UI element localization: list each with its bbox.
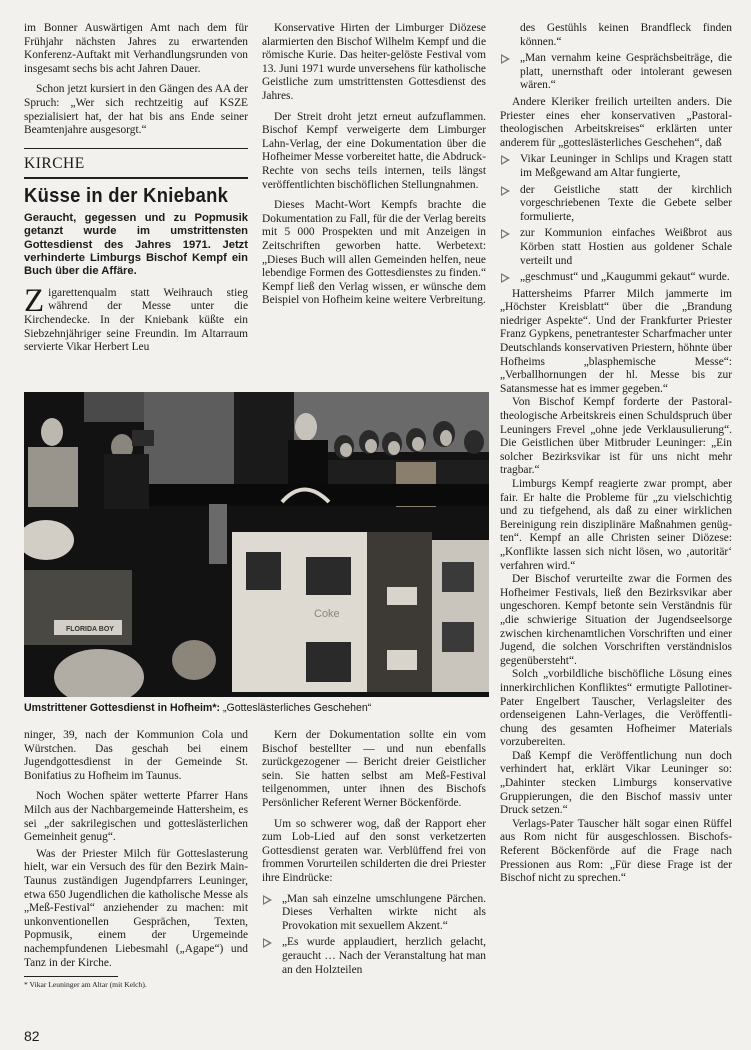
triangle-bullet-icon — [501, 54, 510, 64]
paragraph: Was der Priester Milch für Gottesla­ster… — [24, 848, 248, 970]
column-2-bottom: Kern der Dokumentation sollte ein vom Bi… — [262, 729, 486, 977]
triangle-bullet-icon — [263, 938, 272, 948]
drop-cap: Z — [24, 288, 44, 314]
paragraph: Um so schwerer wog, daß der Rap­port ehe… — [262, 818, 486, 886]
bullet-item: „Man vernahm keine Gesprächsbei­träge, d… — [500, 52, 732, 93]
section-label: KIRCHE — [24, 155, 248, 173]
triangle-bullet-icon — [501, 273, 510, 283]
section-divider — [24, 177, 248, 179]
paragraph: Daß Kempf die Veröffentlichung nun doch … — [500, 750, 732, 818]
paragraph: Der Streit droht jetzt erneut aufzu­flam… — [262, 111, 486, 193]
paragraph: Dieses Macht-Wort Kempfs brachte die Dok… — [262, 199, 486, 308]
article-photo: Coke FLORIDA BOY — [24, 392, 489, 697]
triangle-bullet-icon — [501, 229, 510, 239]
column-2-top: Konservative Hirten der Limburger Diözes… — [262, 22, 486, 308]
section-divider — [24, 148, 248, 150]
paragraph: im Bonner Auswärtigen Amt nach dem für F… — [24, 22, 248, 76]
triangle-bullet-icon — [501, 155, 510, 165]
page-number: 82 — [24, 1028, 40, 1044]
first-paragraph: Zigarettenqualm statt Weihrauch stieg wä… — [24, 287, 248, 355]
bullet-item: Vikar Leuninger in Schlips und Kragen st… — [500, 153, 732, 180]
crate-label: FLORIDA BOY — [66, 626, 114, 633]
photo-caption: Umstrittener Gottesdienst in Hofheim*: „… — [24, 702, 494, 715]
paragraph: Kern der Dokumentation sollte ein vom Bi… — [262, 729, 486, 811]
bullet-item: „Es wurde applaudiert, herzlich ge­lacht… — [262, 936, 486, 977]
paragraph: Hattersheims Pfarrer Milch jammerte im „… — [500, 288, 732, 397]
paragraph: Noch Wochen später wetterte Pfarrer Hans… — [24, 790, 248, 844]
paragraph: Verlags-Pater Tauscher hält sogar einen … — [500, 818, 732, 886]
paragraph: Der Bischof verurteilte zwar die For­men… — [500, 573, 732, 668]
triangle-bullet-icon — [263, 895, 272, 905]
column-1-top: im Bonner Auswärtigen Amt nach dem für F… — [24, 22, 248, 355]
paragraph: Schon jetzt kursiert in den Gängen des A… — [24, 83, 248, 137]
bullet-item: „Man sah einzelne umschlungene Pärchen. … — [262, 893, 486, 934]
crate-label: Coke — [314, 608, 340, 620]
footnote-divider — [24, 976, 118, 977]
paragraph: Limburgs Kempf reagierte zwar prompt, ab… — [500, 478, 732, 573]
footnote: * Vikar Leuninger am Altar (mit Kelch). — [24, 980, 248, 990]
bullet-item: der Geistliche statt der kirchlich vorge… — [500, 184, 732, 225]
triangle-bullet-icon — [501, 186, 510, 196]
paragraph: Andere Kleriker freilich urteilten an­de… — [500, 96, 732, 150]
column-1-bottom: ninger, 39, nach der Kommunion Cola und … — [24, 729, 248, 990]
bullet-item: „geschmust“ und „Kaugummi ge­kaut“ wurde… — [500, 271, 732, 285]
article-lead: Geraucht, gegessen und zu Pop­musik geta… — [24, 212, 248, 279]
paragraph: Von Bischof Kempf forderte der Pa­storal… — [500, 396, 732, 478]
bullet-item: zur Kommunion einfaches Weiß­brot aus Kö… — [500, 227, 732, 268]
bullet-continuation: des Gestühls keinen Brandfleck fin­den k… — [500, 22, 732, 49]
article-headline: Küsse in der Kniebank — [24, 185, 230, 207]
church-service-photo: Coke FLORIDA BOY — [24, 392, 489, 697]
paragraph: Konservative Hirten der Limburger Diözes… — [262, 22, 486, 104]
paragraph: Solch „vorbildliche bischöfliche Lö­sung… — [500, 668, 732, 750]
column-3: des Gestühls keinen Brandfleck fin­den k… — [500, 22, 732, 886]
paragraph: ninger, 39, nach der Kommunion Cola und … — [24, 729, 248, 783]
